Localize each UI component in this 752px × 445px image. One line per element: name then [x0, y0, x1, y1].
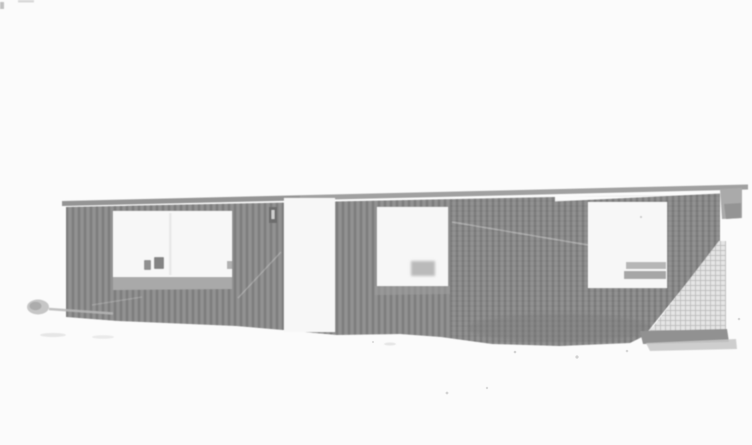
left-window-glass — [113, 211, 232, 277]
wall-mottle-patch — [468, 314, 652, 342]
speck — [514, 351, 517, 354]
speck — [575, 355, 578, 358]
right-window-sill-bar-2 — [624, 271, 666, 279]
left-window-sill-object-2 — [154, 257, 164, 269]
middle-window-reflection-smudge — [411, 261, 435, 276]
ground-smudge-2 — [92, 335, 114, 339]
scan-speck-corner — [0, 2, 4, 9]
middle-window-sill-shadow — [375, 286, 450, 295]
left-window-frame-mark — [227, 261, 232, 269]
speck — [372, 341, 374, 343]
left-window-sill-shadow — [113, 277, 232, 290]
left-window-divider — [169, 213, 172, 275]
speck — [626, 350, 629, 353]
speck — [738, 318, 741, 321]
speck — [486, 387, 488, 389]
left-window-sill-object-1 — [144, 260, 151, 270]
right-window-sill-bar-1 — [626, 262, 666, 269]
ground-smudge-1 — [40, 333, 66, 337]
speck — [446, 392, 449, 395]
right-window — [588, 202, 667, 288]
left-window — [113, 211, 232, 290]
right-window-speck — [640, 216, 642, 218]
photo-canvas — [0, 0, 752, 445]
ground-smudge-3 — [384, 343, 396, 346]
scan-streak-top — [18, 0, 34, 3]
middle-window — [375, 207, 450, 295]
house-photograph — [0, 0, 752, 445]
door-light-fixture-glow — [272, 210, 275, 219]
rock-shadow-core — [30, 302, 42, 310]
entry-door-panel — [284, 198, 335, 332]
roof-eave-end-shadow — [724, 203, 741, 219]
